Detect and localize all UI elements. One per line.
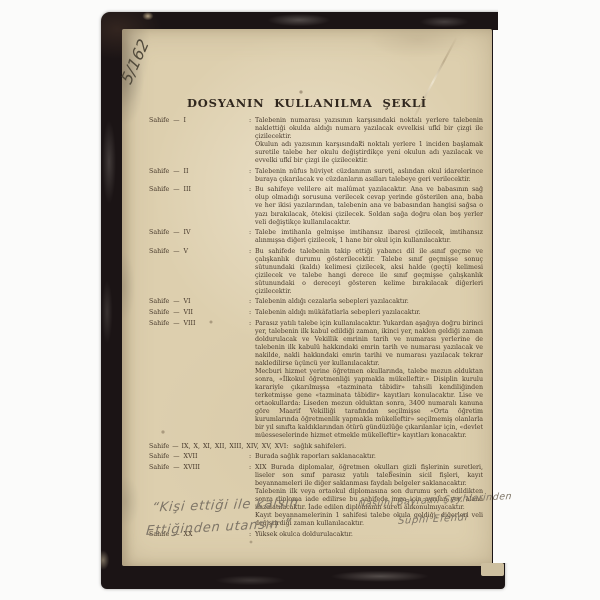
list-item: Sahife — V : Bu sahifede talebenin takip… — [149, 248, 483, 296]
entry-colon: : — [249, 186, 251, 194]
entry-label: Sahife — VI — [149, 298, 191, 306]
list-item: Sahife — XVII : Burada sağlık raporları … — [149, 453, 483, 461]
entry-paragraph: Okulun adı yazısının karşısındaki noktal… — [255, 141, 483, 165]
entry-colon: : — [249, 229, 251, 237]
list-item: Sahife — IX, X, XI, XII, XIII, XIV, XV, … — [149, 443, 483, 451]
list-item: Sahife — VII : Talebenin aldığı mükâfatl… — [149, 309, 483, 317]
entry-paragraph: Yüksek okulca doldurulacaktır. — [255, 531, 483, 539]
foxing-specks — [122, 29, 124, 31]
list-item: Sahife — I : Talebenin numarası yazısını… — [149, 117, 483, 165]
entry-paragraph: Talebenin numarası yazısının karşısındak… — [255, 117, 483, 141]
document-photo: 5/162 DOSYANIN KULLANILMA ŞEKLİ Sahife —… — [0, 0, 600, 600]
entry-paragraph: sağlık sahifeleri. — [293, 443, 346, 450]
entry-paragraph: XIX Burada diplomalar, öğretmen okulları… — [255, 464, 483, 488]
entry-label: Sahife — XVIII — [149, 464, 200, 472]
entry-colon: : — [249, 117, 251, 125]
entry-paragraph: Talebenin nüfus hüviyet cüzdanının suret… — [255, 168, 483, 184]
entry-paragraph: Talebenin aldığı cezalarla sebepleri yaz… — [255, 298, 483, 306]
list-item: Sahife — VI : Talebenin aldığı cezalarla… — [149, 298, 483, 306]
entry-label: Sahife — IX, X, XI, XII, XIII, XIV, XV, … — [149, 443, 293, 450]
entry-label: Sahife — IV — [149, 229, 191, 237]
entry-label: Sahife — VII — [149, 309, 193, 317]
list-item: Sahife — II : Talebenin nüfus hüviyet cü… — [149, 168, 483, 184]
page-title: DOSYANIN KULLANILMA ŞEKLİ — [122, 96, 492, 110]
entry-colon: : — [249, 464, 251, 472]
entry-colon: : — [249, 320, 251, 328]
list-item: Sahife — III : Bu sahifeye velilere ait … — [149, 186, 483, 226]
entry-colon: : — [249, 248, 251, 256]
entry-paragraph: Burada sağlık raporları saklanacaktır. — [255, 453, 483, 461]
worn-corner-patch — [481, 563, 504, 576]
entry-colon: : — [249, 168, 251, 176]
background-mask — [498, 0, 600, 30]
entry-label: Sahife — II — [149, 168, 188, 176]
entry-paragraph: Parasız yatılı talebe için kullanılacakt… — [255, 320, 483, 368]
entry-colon: : — [249, 453, 251, 461]
list-item: Sahife — VIII : Parasız yatılı talebe iç… — [149, 320, 483, 441]
entry-label: Sahife — VIII — [149, 320, 196, 328]
entry-colon: : — [249, 298, 251, 306]
entry-paragraph: Bu sahifeye velilere ait malûmat yazılac… — [255, 186, 483, 226]
entry-label: Sahife — XVII — [149, 453, 198, 461]
entry-label: Sahife — I — [149, 117, 186, 125]
instruction-list: Sahife — I : Talebenin numarası yazısını… — [149, 117, 483, 541]
entry-paragraph: Bu sahifede talebenin takip ettiği yaban… — [255, 248, 483, 296]
list-item: Sahife — IV : Talebe imtihanla gelmişse … — [149, 229, 483, 245]
entry-paragraph: Talebenin aldığı mükâfatlarla sebepleri … — [255, 309, 483, 317]
entry-label: Sahife — III — [149, 186, 191, 194]
entry-label: Sahife — V — [149, 248, 188, 256]
entry-paragraph: Talebe imtihanla gelmişse imtihansız iba… — [255, 229, 483, 245]
entry-colon: : — [249, 309, 251, 317]
background-mask — [493, 30, 600, 563]
entry-paragraph: Mecburi hizmet yerine öğretmen okulların… — [255, 368, 483, 440]
